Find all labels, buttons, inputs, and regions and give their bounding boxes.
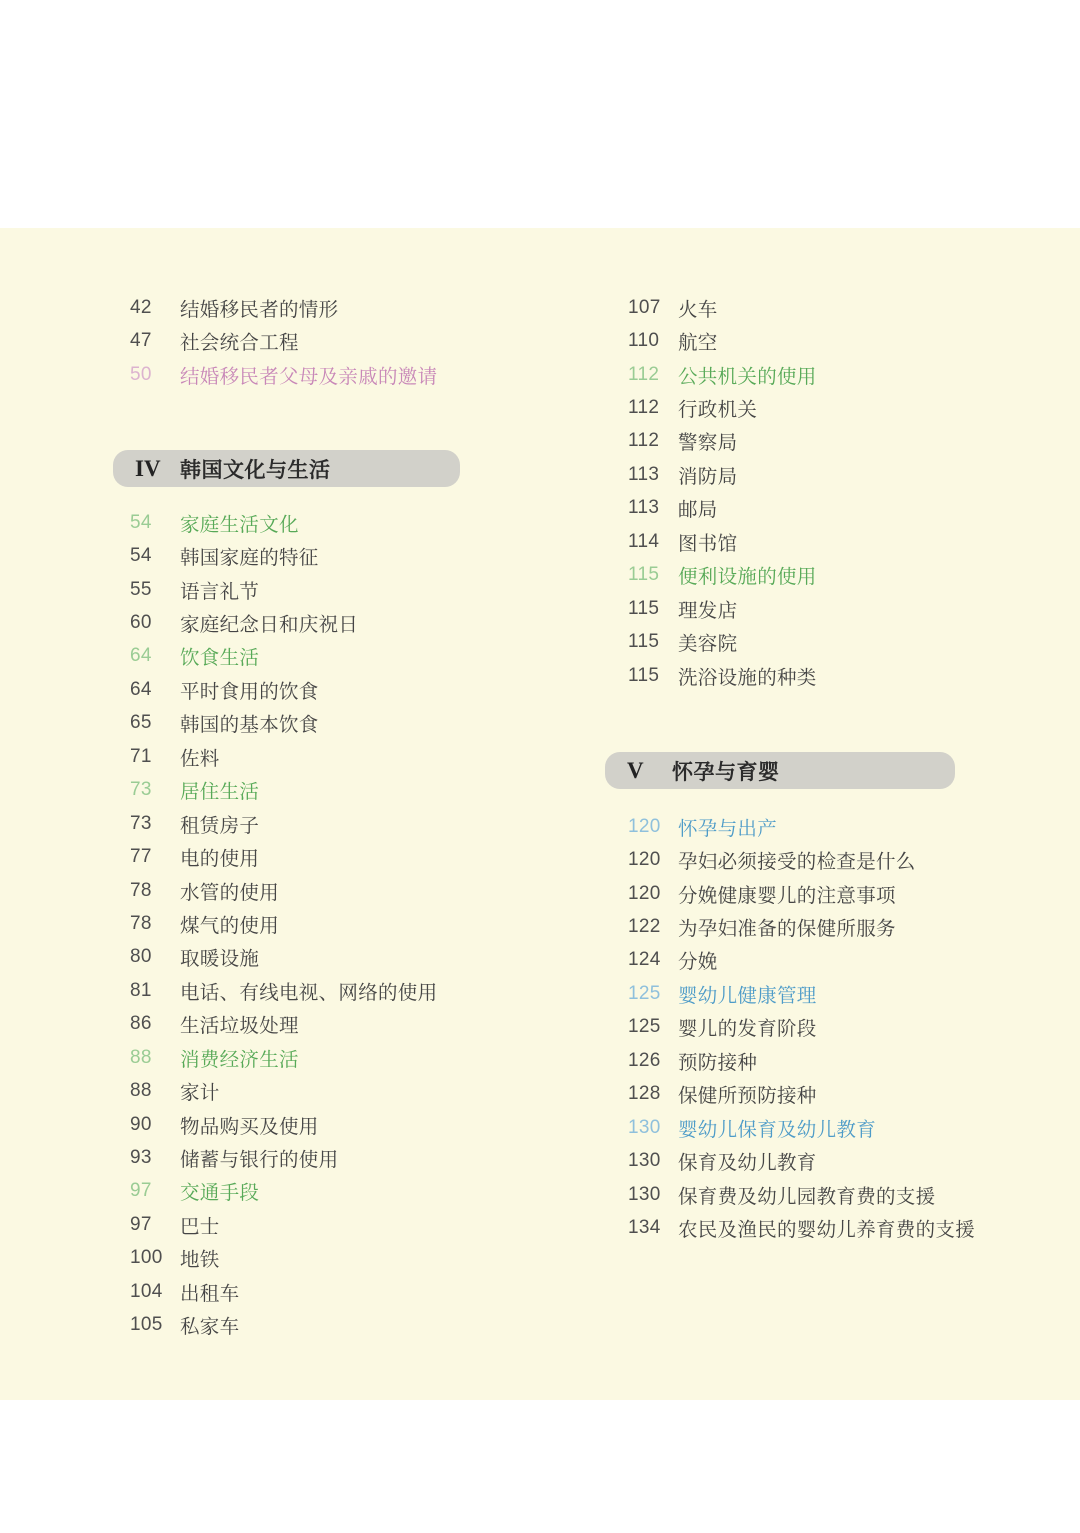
entry-title: 消防局 (678, 461, 737, 489)
entry-title: 公共机关的使用 (678, 361, 817, 389)
entry-title: 分娩 (678, 946, 718, 974)
page-number: 77 (130, 846, 180, 868)
entry-title: 私家车 (180, 1311, 239, 1339)
entry-title: 电话、有线电视、网络的使用 (180, 977, 437, 1005)
page-number: 130 (628, 1150, 678, 1172)
page-number: 112 (628, 364, 678, 386)
toc-row: 97巴士 (130, 1208, 437, 1241)
toc-row: 78煤气的使用 (130, 907, 437, 940)
toc-row: 55语言礼节 (130, 573, 437, 606)
page-number: 80 (130, 946, 180, 968)
page-number: 120 (628, 816, 678, 838)
entry-title: 韩国的基本饮食 (180, 709, 319, 737)
page-number: 97 (130, 1214, 180, 1236)
entry-title: 警察局 (678, 427, 737, 455)
entry-title: 预防接种 (678, 1047, 757, 1075)
entry-title: 婴幼儿健康管理 (678, 980, 817, 1008)
entry-title: 火车 (678, 294, 718, 322)
page-number: 113 (628, 497, 678, 519)
section-numeral: V (627, 758, 672, 784)
entry-title: 孕妇必须接受的检查是什么 (678, 846, 916, 874)
entry-title: 地铁 (180, 1244, 220, 1272)
toc-row: 130保育费及幼儿园教育费的支援 (628, 1178, 975, 1211)
page-number: 81 (130, 980, 180, 1002)
toc-row: 100地铁 (130, 1242, 437, 1275)
toc-row: 90物品购买及使用 (130, 1108, 437, 1141)
entry-title: 电的使用 (180, 843, 259, 871)
toc-row: 78水管的使用 (130, 874, 437, 907)
entry-title: 租赁房子 (180, 810, 259, 838)
entry-title: 居住生活 (180, 776, 259, 804)
toc-row: 86生活垃圾处理 (130, 1008, 437, 1041)
page-number: 64 (130, 645, 180, 667)
entry-title: 保育费及幼儿园教育费的支援 (678, 1181, 935, 1209)
page-number: 120 (628, 849, 678, 871)
section-title: 韩国文化与生活 (180, 454, 331, 484)
entry-title: 平时食用的饮食 (180, 676, 319, 704)
toc-row: 130保育及幼儿教育 (628, 1144, 975, 1177)
entry-title: 交通手段 (180, 1177, 259, 1205)
entry-title: 取暖设施 (180, 943, 259, 971)
page-number: 110 (628, 330, 678, 352)
page-number: 122 (628, 916, 678, 938)
toc-row: 115美容院 (628, 625, 817, 658)
entry-title: 结婚移民者的情形 (180, 294, 338, 322)
toc-row: 124分娩 (628, 944, 975, 977)
page-number: 120 (628, 883, 678, 905)
page-number: 54 (130, 545, 180, 567)
toc-row: 104出租车 (130, 1275, 437, 1308)
toc-list-right: 120怀孕与出产120孕妇必须接受的检查是什么120分娩健康婴儿的注意事项122… (628, 810, 975, 1245)
toc-row: 112行政机关 (628, 391, 817, 424)
toc-row: 120孕妇必须接受的检查是什么 (628, 843, 975, 876)
toc-row: 77电的使用 (130, 840, 437, 873)
page-number: 86 (130, 1013, 180, 1035)
toc-list-left: 54家庭生活文化54韩国家庭的特征55语言礼节60家庭纪念日和庆祝日64饮食生活… (130, 506, 437, 1342)
page-number: 125 (628, 1016, 678, 1038)
toc-row: 64饮食生活 (130, 640, 437, 673)
page-number: 88 (130, 1047, 180, 1069)
entry-title: 储蓄与银行的使用 (180, 1144, 338, 1172)
section-title: 怀孕与育婴 (672, 756, 780, 786)
entry-title: 保健所预防接种 (678, 1080, 817, 1108)
toc-row: 71佐料 (130, 740, 437, 773)
page-number: 88 (130, 1080, 180, 1102)
toc-row: 93储蓄与银行的使用 (130, 1141, 437, 1174)
toc-row: 115洗浴设施的种类 (628, 659, 817, 692)
entry-title: 行政机关 (678, 394, 757, 422)
toc-row: 120怀孕与出产 (628, 810, 975, 843)
toc-row: 126预防接种 (628, 1044, 975, 1077)
page-number: 115 (628, 631, 678, 653)
entry-title: 煤气的使用 (180, 910, 279, 938)
entry-title: 物品购买及使用 (180, 1111, 319, 1139)
toc-row: 65韩国的基本饮食 (130, 707, 437, 740)
page-number: 125 (628, 983, 678, 1005)
entry-title: 语言礼节 (180, 576, 259, 604)
entry-title: 便利设施的使用 (678, 561, 817, 589)
page-number: 55 (130, 579, 180, 601)
toc-row: 42结婚移民者的情形 (130, 291, 437, 324)
entry-title: 保育及幼儿教育 (678, 1147, 817, 1175)
section-numeral: IV (135, 456, 180, 482)
toc-row: 110航空 (628, 324, 817, 357)
toc-row: 122为孕妇准备的保健所服务 (628, 910, 975, 943)
page-number: 50 (130, 364, 180, 386)
page-number: 54 (130, 512, 180, 534)
toc-row: 125婴幼儿健康管理 (628, 977, 975, 1010)
entry-title: 消费经济生活 (180, 1044, 299, 1072)
entry-title: 美容院 (678, 628, 737, 656)
toc-row: 73租赁房子 (130, 807, 437, 840)
toc-row: 64平时食用的饮食 (130, 673, 437, 706)
toc-list-top-right: 107火车110航空112公共机关的使用112行政机关112警察局113消防局1… (628, 291, 817, 692)
toc-row: 54韩国家庭的特征 (130, 539, 437, 572)
entry-title: 婴儿的发育阶段 (678, 1013, 817, 1041)
entry-title: 分娩健康婴儿的注意事项 (678, 880, 896, 908)
toc-row: 80取暖设施 (130, 941, 437, 974)
toc-row: 47社会统合工程 (130, 324, 437, 357)
toc-row: 105私家车 (130, 1309, 437, 1342)
page-number: 124 (628, 949, 678, 971)
entry-title: 结婚移民者父母及亲戚的邀请 (180, 361, 437, 389)
entry-title: 生活垃圾处理 (180, 1010, 299, 1038)
entry-title: 韩国家庭的特征 (180, 542, 319, 570)
section-header-iv: IV 韩国文化与生活 (113, 450, 460, 487)
page-number: 115 (628, 665, 678, 687)
toc-row: 50结婚移民者父母及亲戚的邀请 (130, 358, 437, 391)
page-number: 112 (628, 397, 678, 419)
toc-row: 114图书馆 (628, 525, 817, 558)
entry-title: 巴士 (180, 1211, 220, 1239)
entry-title: 家计 (180, 1077, 220, 1105)
page-number: 71 (130, 746, 180, 768)
entry-title: 出租车 (180, 1278, 239, 1306)
page-number: 93 (130, 1147, 180, 1169)
page-number: 65 (130, 712, 180, 734)
page-number: 114 (628, 531, 678, 553)
entry-title: 航空 (678, 327, 718, 355)
page-paper: 42结婚移民者的情形47社会统合工程50结婚移民者父母及亲戚的邀请 IV 韩国文… (0, 228, 1080, 1400)
toc-row: 97交通手段 (130, 1175, 437, 1208)
toc-row: 134农民及渔民的婴幼儿养育费的支援 (628, 1211, 975, 1244)
page-number: 73 (130, 813, 180, 835)
entry-title: 佐料 (180, 743, 220, 771)
page-number: 90 (130, 1114, 180, 1136)
toc-row: 115理发店 (628, 592, 817, 625)
page-number: 42 (130, 297, 180, 319)
toc-row: 81电话、有线电视、网络的使用 (130, 974, 437, 1007)
toc-row: 130婴幼儿保育及幼儿教育 (628, 1111, 975, 1144)
entry-title: 婴幼儿保育及幼儿教育 (678, 1114, 876, 1142)
toc-list-intro-left: 42结婚移民者的情形47社会统合工程50结婚移民者父母及亲戚的邀请 (130, 291, 437, 391)
toc-row: 115便利设施的使用 (628, 559, 817, 592)
section-header-v: V 怀孕与育婴 (605, 752, 955, 789)
toc-row: 113消防局 (628, 458, 817, 491)
page-number: 105 (130, 1314, 180, 1336)
entry-title: 为孕妇准备的保健所服务 (678, 913, 896, 941)
toc-row: 112警察局 (628, 425, 817, 458)
entry-title: 图书馆 (678, 528, 737, 556)
entry-title: 家庭生活文化 (180, 509, 299, 537)
page-number: 78 (130, 913, 180, 935)
page-number: 130 (628, 1184, 678, 1206)
entry-title: 怀孕与出产 (678, 813, 777, 841)
page-number: 47 (130, 330, 180, 352)
toc-row: 73居住生活 (130, 774, 437, 807)
page-number: 104 (130, 1281, 180, 1303)
toc-row: 54家庭生活文化 (130, 506, 437, 539)
page-number: 64 (130, 679, 180, 701)
entry-title: 社会统合工程 (180, 327, 299, 355)
page-number: 78 (130, 880, 180, 902)
page-number: 112 (628, 430, 678, 452)
entry-title: 理发店 (678, 595, 737, 623)
toc-row: 113邮局 (628, 492, 817, 525)
toc-row: 112公共机关的使用 (628, 358, 817, 391)
toc-row: 120分娩健康婴儿的注意事项 (628, 877, 975, 910)
page-number: 107 (628, 297, 678, 319)
toc-row: 107火车 (628, 291, 817, 324)
entry-title: 饮食生活 (180, 642, 259, 670)
toc-row: 128保健所预防接种 (628, 1078, 975, 1111)
toc-row: 88家计 (130, 1074, 437, 1107)
page-number: 73 (130, 779, 180, 801)
page-number: 60 (130, 612, 180, 634)
entry-title: 洗浴设施的种类 (678, 662, 817, 690)
page-number: 130 (628, 1117, 678, 1139)
page-number: 97 (130, 1180, 180, 1202)
page-number: 126 (628, 1050, 678, 1072)
entry-title: 水管的使用 (180, 877, 279, 905)
entry-title: 家庭纪念日和庆祝日 (180, 609, 358, 637)
toc-row: 60家庭纪念日和庆祝日 (130, 606, 437, 639)
entry-title: 邮局 (678, 494, 718, 522)
toc-row: 88消费经济生活 (130, 1041, 437, 1074)
page-number: 134 (628, 1217, 678, 1239)
page-number: 115 (628, 564, 678, 586)
page-number: 115 (628, 598, 678, 620)
page-number: 100 (130, 1247, 180, 1269)
page-number: 113 (628, 464, 678, 486)
page-number: 128 (628, 1083, 678, 1105)
toc-row: 125婴儿的发育阶段 (628, 1011, 975, 1044)
entry-title: 农民及渔民的婴幼儿养育费的支援 (678, 1214, 975, 1242)
